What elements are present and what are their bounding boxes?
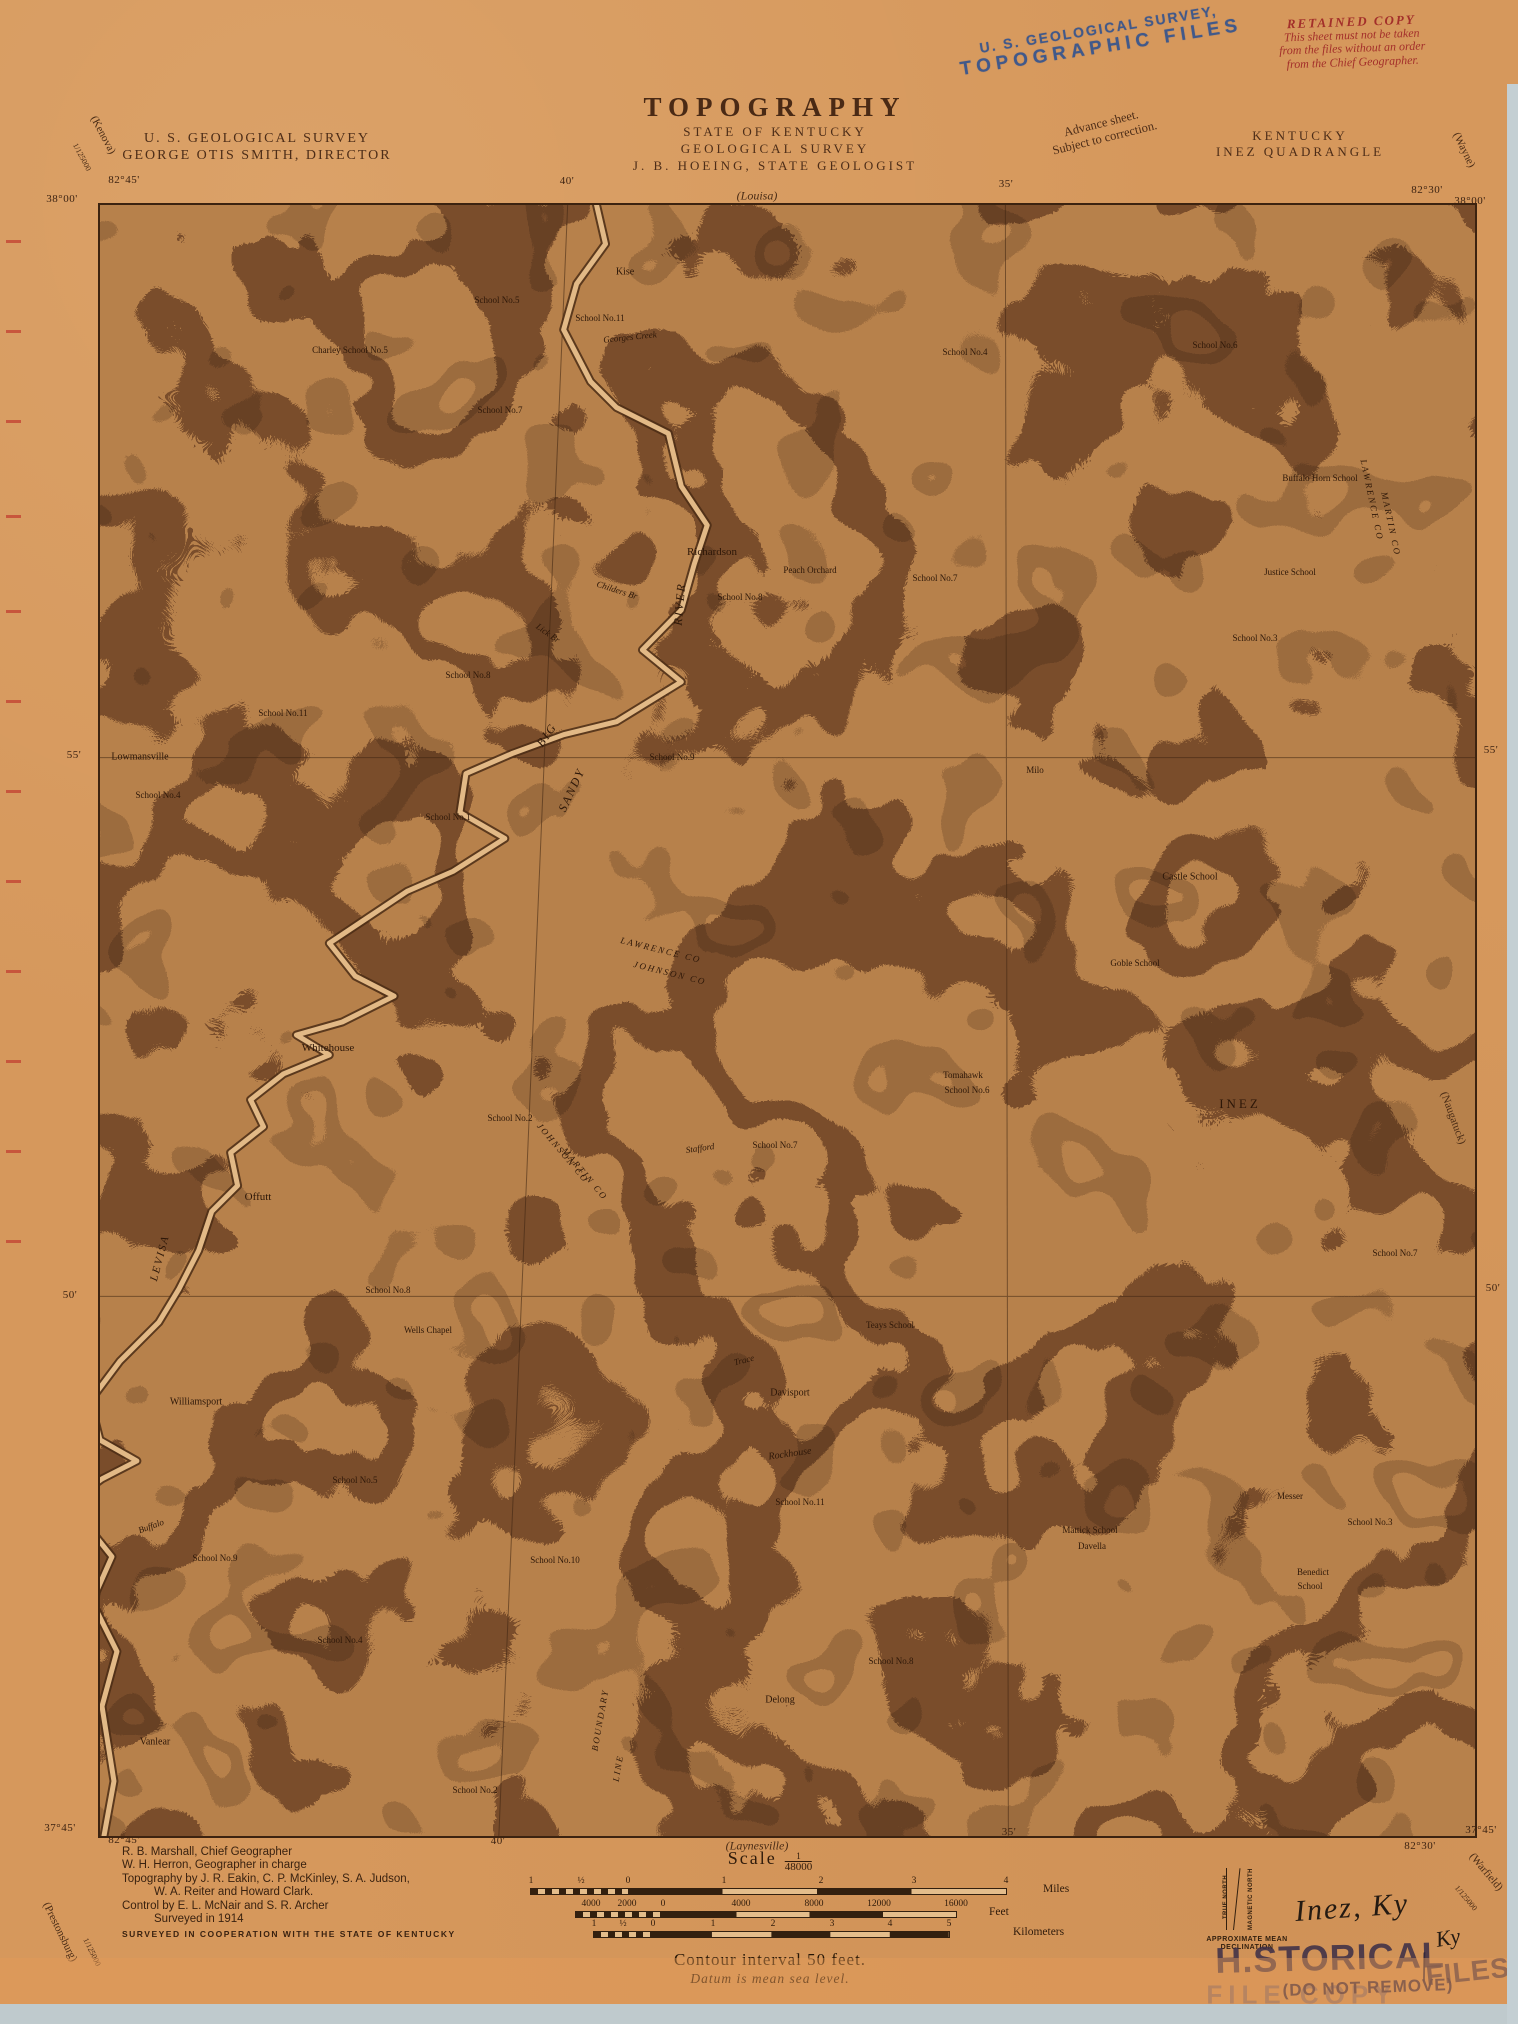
- registration-mark: [6, 880, 21, 883]
- graticule-coordinate: 82°30': [1404, 1840, 1435, 1852]
- graticule-coordinate: 55': [67, 749, 81, 761]
- map-label: School No.7: [478, 405, 523, 415]
- registration-mark: [6, 1060, 21, 1063]
- map-label: Whitehouse: [302, 1042, 355, 1054]
- map-label: Buffalo: [137, 1517, 165, 1535]
- graticule-coordinate: 55': [1484, 744, 1498, 756]
- map-label: School No.4: [943, 347, 988, 357]
- map-label: Vanlear: [140, 1737, 171, 1748]
- map-label: Rockhouse: [768, 1446, 812, 1463]
- registration-mark: [6, 610, 21, 613]
- map-label: Stafford: [685, 1141, 715, 1155]
- scan-edge-right: [1507, 84, 1518, 2024]
- map-label: School No.2: [488, 1113, 533, 1123]
- adjacent-sheet-ref: (Warfield): [1467, 1851, 1505, 1894]
- map-label: School No.7: [913, 573, 958, 583]
- map-label: Childers Br: [595, 579, 638, 602]
- graticule-coordinate: 82°30': [1411, 184, 1442, 196]
- map-label: Wells Chapel: [404, 1325, 452, 1335]
- map-label: Tomahawk: [943, 1070, 983, 1080]
- map-label: MARTIN CO: [1379, 491, 1402, 557]
- map-label: School No.8: [446, 670, 491, 680]
- label-overlay: 38°00'82°45'40'35'82°30'38°00'55'55'50'5…: [0, 0, 1518, 2024]
- map-label: Richardson: [687, 546, 737, 558]
- map-label: Davella: [1078, 1541, 1106, 1551]
- registration-mark: [6, 515, 21, 518]
- map-label: LAWRENCE CO: [620, 935, 703, 965]
- map-label: School No.11: [775, 1497, 824, 1507]
- map-label: Mattick School: [1062, 1525, 1117, 1535]
- map-label: School No.8: [869, 1656, 914, 1666]
- map-label: JOHNSON CO: [535, 1121, 591, 1185]
- map-label: School No.7: [1373, 1248, 1418, 1258]
- graticule-coordinate: 37°45': [1465, 1824, 1496, 1836]
- map-label: School No.4: [136, 790, 181, 800]
- graticule-coordinate: 82°45': [108, 174, 139, 186]
- map-label: Charley School No.5: [312, 345, 388, 355]
- map-label: School No.6: [1193, 340, 1238, 350]
- map-label: School No.8: [366, 1285, 411, 1295]
- graticule-coordinate: 35': [999, 178, 1013, 190]
- graticule-coordinate: 40': [491, 1835, 505, 1847]
- map-label: Kise: [616, 267, 634, 278]
- map-label: Delong: [765, 1695, 794, 1706]
- graticule-coordinate: 38°00': [46, 193, 77, 205]
- map-label: School No.5: [475, 295, 520, 305]
- map-label: Milo: [1026, 765, 1044, 775]
- map-label: School No.9: [650, 752, 695, 762]
- adjacent-sheet-ref: (Laynesville): [726, 1839, 789, 1854]
- map-label: School No.3: [1233, 633, 1278, 643]
- map-label: LAWRENCE CO: [1358, 458, 1385, 541]
- map-label: Peach Orchard: [783, 565, 836, 575]
- map-label: School No.1: [426, 812, 471, 822]
- map-label: School No.9: [193, 1553, 238, 1563]
- graticule-coordinate: 50': [63, 1289, 77, 1301]
- registration-mark: [6, 1240, 21, 1243]
- map-label: JOHNSON CO: [633, 959, 708, 987]
- map-label: School No.11: [258, 708, 307, 718]
- map-label: LINE: [611, 1754, 626, 1783]
- map-label: School No.4: [318, 1635, 363, 1645]
- map-label: School No.6: [945, 1085, 990, 1095]
- map-label: School No.11: [575, 313, 624, 323]
- adjacent-sheet-ref: 1/125000: [1453, 1884, 1479, 1913]
- map-label: LEVISA: [148, 1234, 172, 1283]
- map-label: Messer: [1277, 1491, 1303, 1501]
- map-label: School No.10: [530, 1555, 580, 1565]
- map-label: Buffalo Horn School: [1282, 473, 1357, 483]
- map-label: School No.8: [718, 592, 763, 602]
- graticule-coordinate: 38°00': [1454, 195, 1485, 207]
- map-label: INEZ: [1219, 1096, 1261, 1112]
- map-label: Castle School: [1162, 872, 1217, 883]
- map-label: Lick Br: [534, 621, 562, 645]
- adjacent-sheet-ref: (Wayne): [1450, 130, 1477, 169]
- adjacent-sheet-ref: (Louisa): [737, 189, 778, 204]
- map-label: RIVER: [671, 582, 690, 626]
- graticule-coordinate: 50': [1486, 1282, 1500, 1294]
- registration-mark: [6, 1150, 21, 1153]
- map-label: Goble School: [1110, 958, 1159, 968]
- registration-mark: [6, 240, 21, 243]
- map-label: Teays School: [866, 1320, 914, 1330]
- map-label: Georges Creek: [603, 329, 657, 345]
- registration-mark: [6, 420, 21, 423]
- paper-edge-band: [0, 1958, 1518, 2006]
- map-label: Offutt: [245, 1191, 272, 1203]
- graticule-coordinate: 35': [1002, 1826, 1016, 1838]
- map-label: School No.3: [1348, 1517, 1393, 1527]
- map-label: BOUNDARY: [590, 1688, 611, 1752]
- map-label: Justice School: [1264, 567, 1316, 577]
- map-label: Trace: [733, 1353, 755, 1368]
- map-label: Davisport: [770, 1388, 809, 1399]
- map-label: Lowmansville: [111, 752, 168, 763]
- map-label: Williamsport: [170, 1397, 222, 1408]
- map-label: School No.2: [453, 1785, 498, 1795]
- graticule-coordinate: 40': [560, 175, 574, 187]
- graticule-coordinate: 82°45': [108, 1834, 139, 1846]
- map-label: School No.5: [333, 1475, 378, 1485]
- adjacent-sheet-ref: 1/125000: [71, 142, 93, 173]
- adjacent-sheet-ref: (Prestonsburg): [40, 1900, 79, 1963]
- registration-mark: [6, 970, 21, 973]
- map-label: School No.7: [753, 1140, 798, 1150]
- map-label: School: [1297, 1581, 1322, 1591]
- graticule-coordinate: 37°45': [44, 1822, 75, 1834]
- registration-mark: [6, 790, 21, 793]
- registration-mark: [6, 700, 21, 703]
- map-label: BIG: [533, 720, 560, 750]
- topo-map-sheet: TOPOGRAPHY STATE OF KENTUCKY GEOLOGICAL …: [0, 0, 1518, 2024]
- adjacent-sheet-ref: (Kenova): [88, 114, 118, 156]
- map-label: MARTIN CO: [560, 1146, 610, 1202]
- map-label: SANDY: [555, 766, 588, 815]
- adjacent-sheet-ref: (Naugatuck): [1438, 1090, 1468, 1146]
- registration-mark: [6, 330, 21, 333]
- scan-edge-bottom: [0, 2004, 1518, 2024]
- map-label: Benedict: [1297, 1567, 1329, 1577]
